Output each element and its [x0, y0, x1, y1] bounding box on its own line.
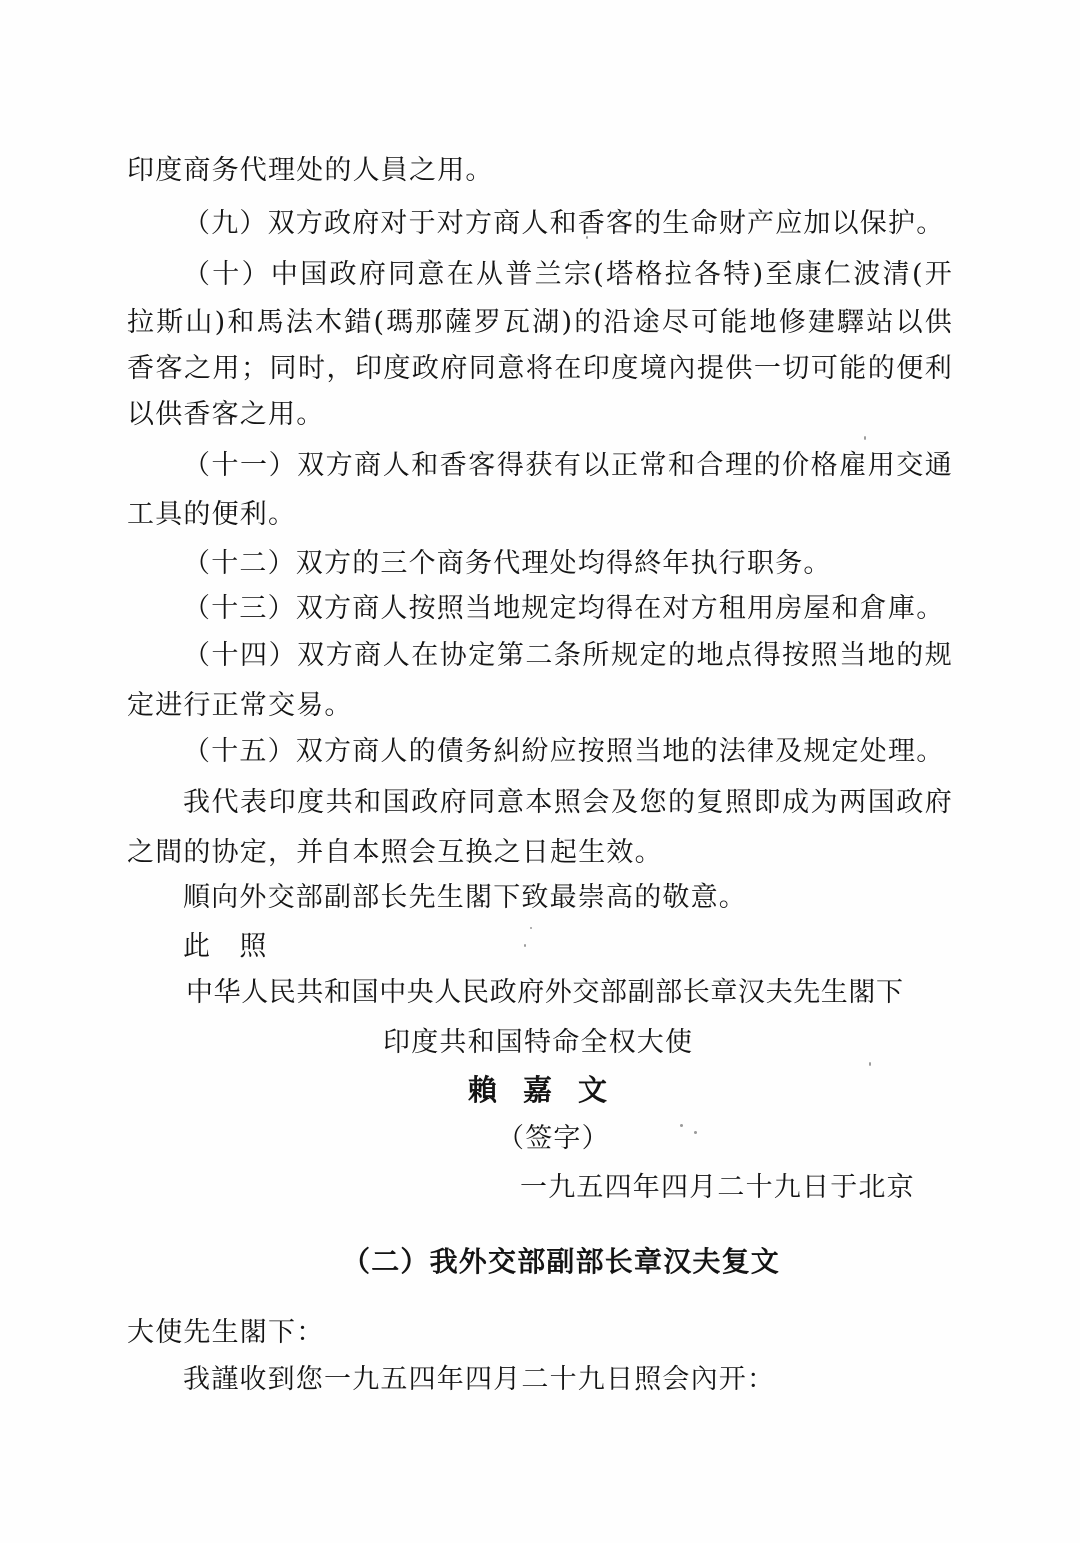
signatory-title: 印度共和国特命全权大使 — [383, 1025, 693, 1061]
signed-note: （签字） — [497, 1121, 610, 1157]
clause-12: （十二）双方的三个商务代理处均得終年执行职务。 — [183, 546, 832, 582]
signatory-name: 賴嘉文 — [468, 1072, 633, 1108]
text-line: 工具的便利。 — [127, 497, 296, 533]
document-page: 印度商务代理处的人員之用。 （九）双方政府对于对方商人和香客的生命财产应加以保护… — [0, 0, 1080, 1543]
opening-line: 我謹收到您一九五四年四月二十九日照会內开： — [183, 1362, 775, 1398]
clause-14: （十四）双方商人在协定第二条所规定的地点得按照当地的规 — [183, 638, 953, 674]
ci-zhao: 此 照 — [183, 929, 268, 965]
paper-speck — [864, 436, 866, 440]
text-line: 定进行正常交易。 — [127, 688, 353, 724]
text-line: 拉斯山)和馬法木錯(瑪那薩罗瓦湖)的沿途尽可能地修建驛站以供 — [127, 305, 953, 341]
text-line: 印度商务代理处的人員之用。 — [127, 153, 494, 189]
text-line: 以供香客之用。 — [127, 397, 324, 433]
paper-speck — [680, 1124, 683, 1127]
section-heading: （二）我外交部副部长章汉夫复文 — [342, 1244, 780, 1280]
text-line: 之間的协定，并自本照会互换之日起生效。 — [127, 835, 663, 871]
clause-9: （九）双方政府对于对方商人和香客的生命财产应加以保护。 — [183, 206, 944, 242]
addressee: 中华人民共和国中央人民政府外交部副部长章汉夫先生閣下 — [186, 975, 904, 1011]
clause-11: （十一）双方商人和香客得获有以正常和合理的价格雇用交通 — [183, 448, 953, 484]
date-place: 一九五四年四月二十九日于北京 — [520, 1170, 915, 1206]
clause-15: （十五）双方商人的債务糾紛应按照当地的法律及规定处理。 — [183, 734, 944, 770]
salutation: 大使先生閣下： — [127, 1315, 324, 1351]
closing-paragraph: 我代表印度共和国政府同意本照会及您的复照即成为两国政府 — [183, 785, 953, 821]
paper-speck — [530, 927, 532, 929]
paper-speck — [869, 1062, 871, 1066]
paper-speck — [586, 236, 588, 239]
paper-speck — [524, 944, 526, 947]
clause-13: （十三）双方商人按照当地规定均得在对方租用房屋和倉庫。 — [183, 591, 944, 627]
text-line: 香客之用；同时，印度政府同意将在印度境內提供一切可能的便利 — [127, 351, 953, 387]
clause-10: （十）中国政府同意在从普兰宗(塔格拉各特)至康仁波清(开 — [183, 257, 953, 293]
courtesy-line: 順向外交部副部长先生閣下致最崇高的敬意。 — [183, 880, 747, 916]
paper-speck — [694, 1131, 697, 1134]
